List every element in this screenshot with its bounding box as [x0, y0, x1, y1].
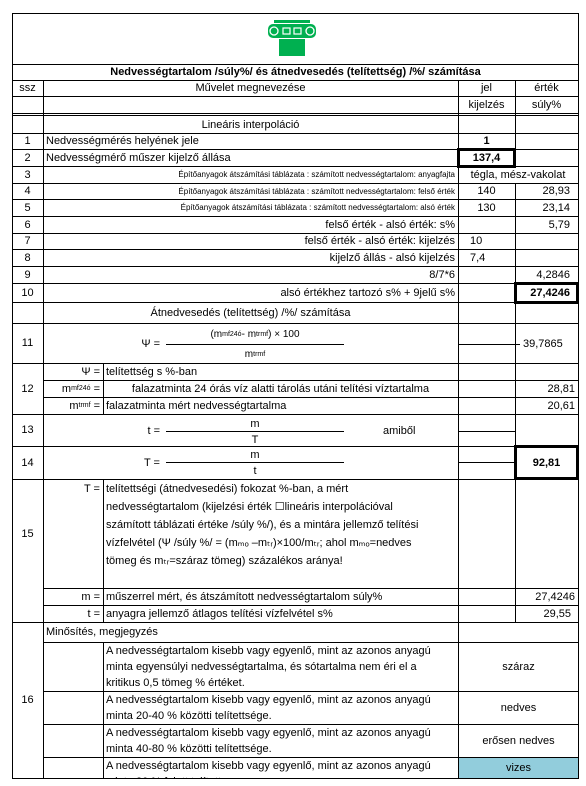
row-label: kijelző állás - alsó kijelzés [43, 249, 458, 266]
psi-formula-denominator: mtrmf [166, 346, 344, 362]
qualification-class: vizes [459, 758, 578, 778]
section-linear-interpolation: Lineáris interpoláció [43, 116, 458, 133]
row-jel [458, 283, 515, 302]
row-12-symbol: mtrmf= [43, 397, 103, 414]
T-formula-numerator: m [166, 447, 344, 462]
row-jel [458, 266, 515, 283]
row-15-definition-line: vízfelvétel (Ψ /súly %/ = (mₘₒ –mₜᵣ)×100… [106, 534, 456, 552]
row-jel: 140 [458, 183, 515, 199]
qualification-class: nedves [459, 692, 578, 724]
row-15-definition-line: számított táblázati értéke /súly %/), és… [106, 516, 456, 534]
row-12-text: falazatminta 24 órás víz alatti tárolás … [103, 380, 458, 397]
header-ertek-unit: súly% [515, 96, 578, 113]
row-label: felső érték - alsó érték: s% [43, 216, 458, 233]
column-capital-logo-icon [264, 20, 320, 58]
row-15-m-symbol: m = [43, 588, 103, 605]
row-jel: 10 [458, 233, 515, 249]
row-jel: 130 [458, 199, 515, 216]
row-12-symbol: mmf24ó= [43, 380, 103, 397]
header-ssz: ssz [12, 80, 43, 96]
row-15-m-text: műszerrel mért, és átszámított nedvesség… [103, 588, 458, 605]
row-15-definition-line: telítettségi (átnedvesedési) fokozat %-b… [106, 480, 456, 498]
row-15-t-value: 29,55 [515, 605, 578, 622]
row-16-title: Minősítés, megjegyzés [43, 622, 458, 642]
row-label: Építőanyagok átszámítási táblázata : szá… [43, 183, 458, 199]
row-ertek [515, 133, 578, 149]
t-formula-note: amiből [380, 422, 450, 440]
qualification-description: A nedvességtartalom kisebb vagy egyenlő,… [103, 642, 458, 691]
row-12-ssz: 12 [12, 363, 43, 414]
header-ertek: érték [515, 80, 578, 96]
t-formula-denominator: T [166, 432, 344, 447]
row-ssz: 1 [12, 133, 43, 149]
row-ssz: 4 [12, 183, 43, 199]
row-material-type: tégla, mész-vakolat [458, 166, 578, 183]
header-jel: jel [458, 80, 515, 96]
row-label: 8/7*6 [43, 266, 458, 283]
qualification-description: A nedvességtartalom kisebb vagy egyenlő,… [103, 724, 458, 757]
row-label: felső érték - alsó érték: kijelzés [43, 233, 458, 249]
row-ssz: 3 [12, 166, 43, 183]
header-jel-unit: kijelzés [458, 96, 515, 113]
qualification-description: A nedvességtartalom kisebb vagy egyenlő,… [103, 757, 458, 778]
row-15-definition-line: nedvességtartalom (kijelzési érték ☐line… [106, 498, 456, 516]
qualification-class: erősen nedves [459, 725, 578, 757]
row-jel: 1 [458, 133, 515, 149]
row-11-ssz: 11 [12, 323, 43, 363]
row-15-t-symbol: t = [43, 605, 103, 622]
row-ertek: 23,14 [515, 199, 578, 216]
page-title: Nedvességtartalom /súly%/ és átnedvesedé… [12, 64, 579, 80]
row-ertek: 28,93 [515, 183, 578, 199]
section-saturation: Átnedvesedés (telítettség) /%/ számítása [43, 303, 458, 323]
row-12-value [515, 363, 578, 380]
row-15-ssz: 15 [12, 479, 43, 588]
row-13-ssz: 13 [12, 414, 43, 446]
row-jel: 7,4 [458, 249, 515, 266]
row-15-definition-line: tömeg és mₜᵣ=száraz tömeg) százalékos ar… [106, 552, 456, 570]
row-ssz: 6 [12, 216, 43, 233]
row-14-ssz: 14 [12, 446, 43, 479]
row-ertek: 5,79 [515, 216, 578, 233]
row-12-value: 28,81 [515, 380, 578, 397]
row-ssz: 10 [12, 283, 43, 302]
t-formula-lhs: t = [100, 422, 160, 440]
row-ertek [515, 149, 578, 166]
row-label: Nedvességmérő műszer kijelző állása [43, 149, 458, 166]
T-formula-denominator: t [166, 463, 344, 478]
row-16-ssz: 16 [12, 622, 43, 778]
row-11-value: 39,7865 [520, 334, 578, 354]
row-ertek: 4,2846 [515, 266, 578, 283]
row-jel [458, 216, 515, 233]
row-label: alsó értékhez tartozó s% + 9jelű s% [43, 283, 458, 302]
header-operation: Művelet megnevezése [43, 80, 458, 96]
row-15-m-value: 27,4246 [515, 588, 578, 605]
row-14-value: 92,81 [517, 448, 576, 477]
row-label: Építőanyagok átszámítási táblázata : szá… [43, 166, 458, 183]
row-ssz: 2 [12, 149, 43, 166]
t-formula-numerator: m [166, 416, 344, 431]
qualification-description: A nedvességtartalom kisebb vagy egyenlő,… [103, 691, 458, 724]
row-ssz: 7 [12, 233, 43, 249]
T-formula-lhs: T = [100, 454, 160, 472]
row-15-definition: telítettségi (átnedvesedési) fokozat %-b… [106, 480, 456, 570]
row-15-symbol: T = [43, 480, 103, 497]
result-moisture-highlight-box [514, 282, 579, 304]
qualification-class: száraz [459, 643, 578, 691]
row-ertek [515, 233, 578, 249]
row-12-symbol: Ψ= [43, 363, 103, 380]
meter-reading-highlight-box [457, 148, 516, 168]
row-ssz: 9 [12, 266, 43, 283]
row-label: Nedvességmérés helyének jele [43, 133, 458, 149]
row-12-value: 20,61 [515, 397, 578, 414]
row-12-text: telítettség s %-ban [103, 363, 458, 380]
row-ssz: 8 [12, 249, 43, 266]
psi-formula-lhs: Ψ = [100, 335, 160, 353]
row-label: Építőanyagok átszámítási táblázata : szá… [43, 199, 458, 216]
row-15-t-text: anyagra jellemző átlagos telítési vízfel… [103, 605, 458, 622]
row-ertek [515, 249, 578, 266]
row-ssz: 5 [12, 199, 43, 216]
psi-formula-numerator: (mmf24ó - mtrmf) × 100 [166, 326, 344, 342]
row-12-text: falazatminta mért nedvességtartalma [103, 397, 458, 414]
